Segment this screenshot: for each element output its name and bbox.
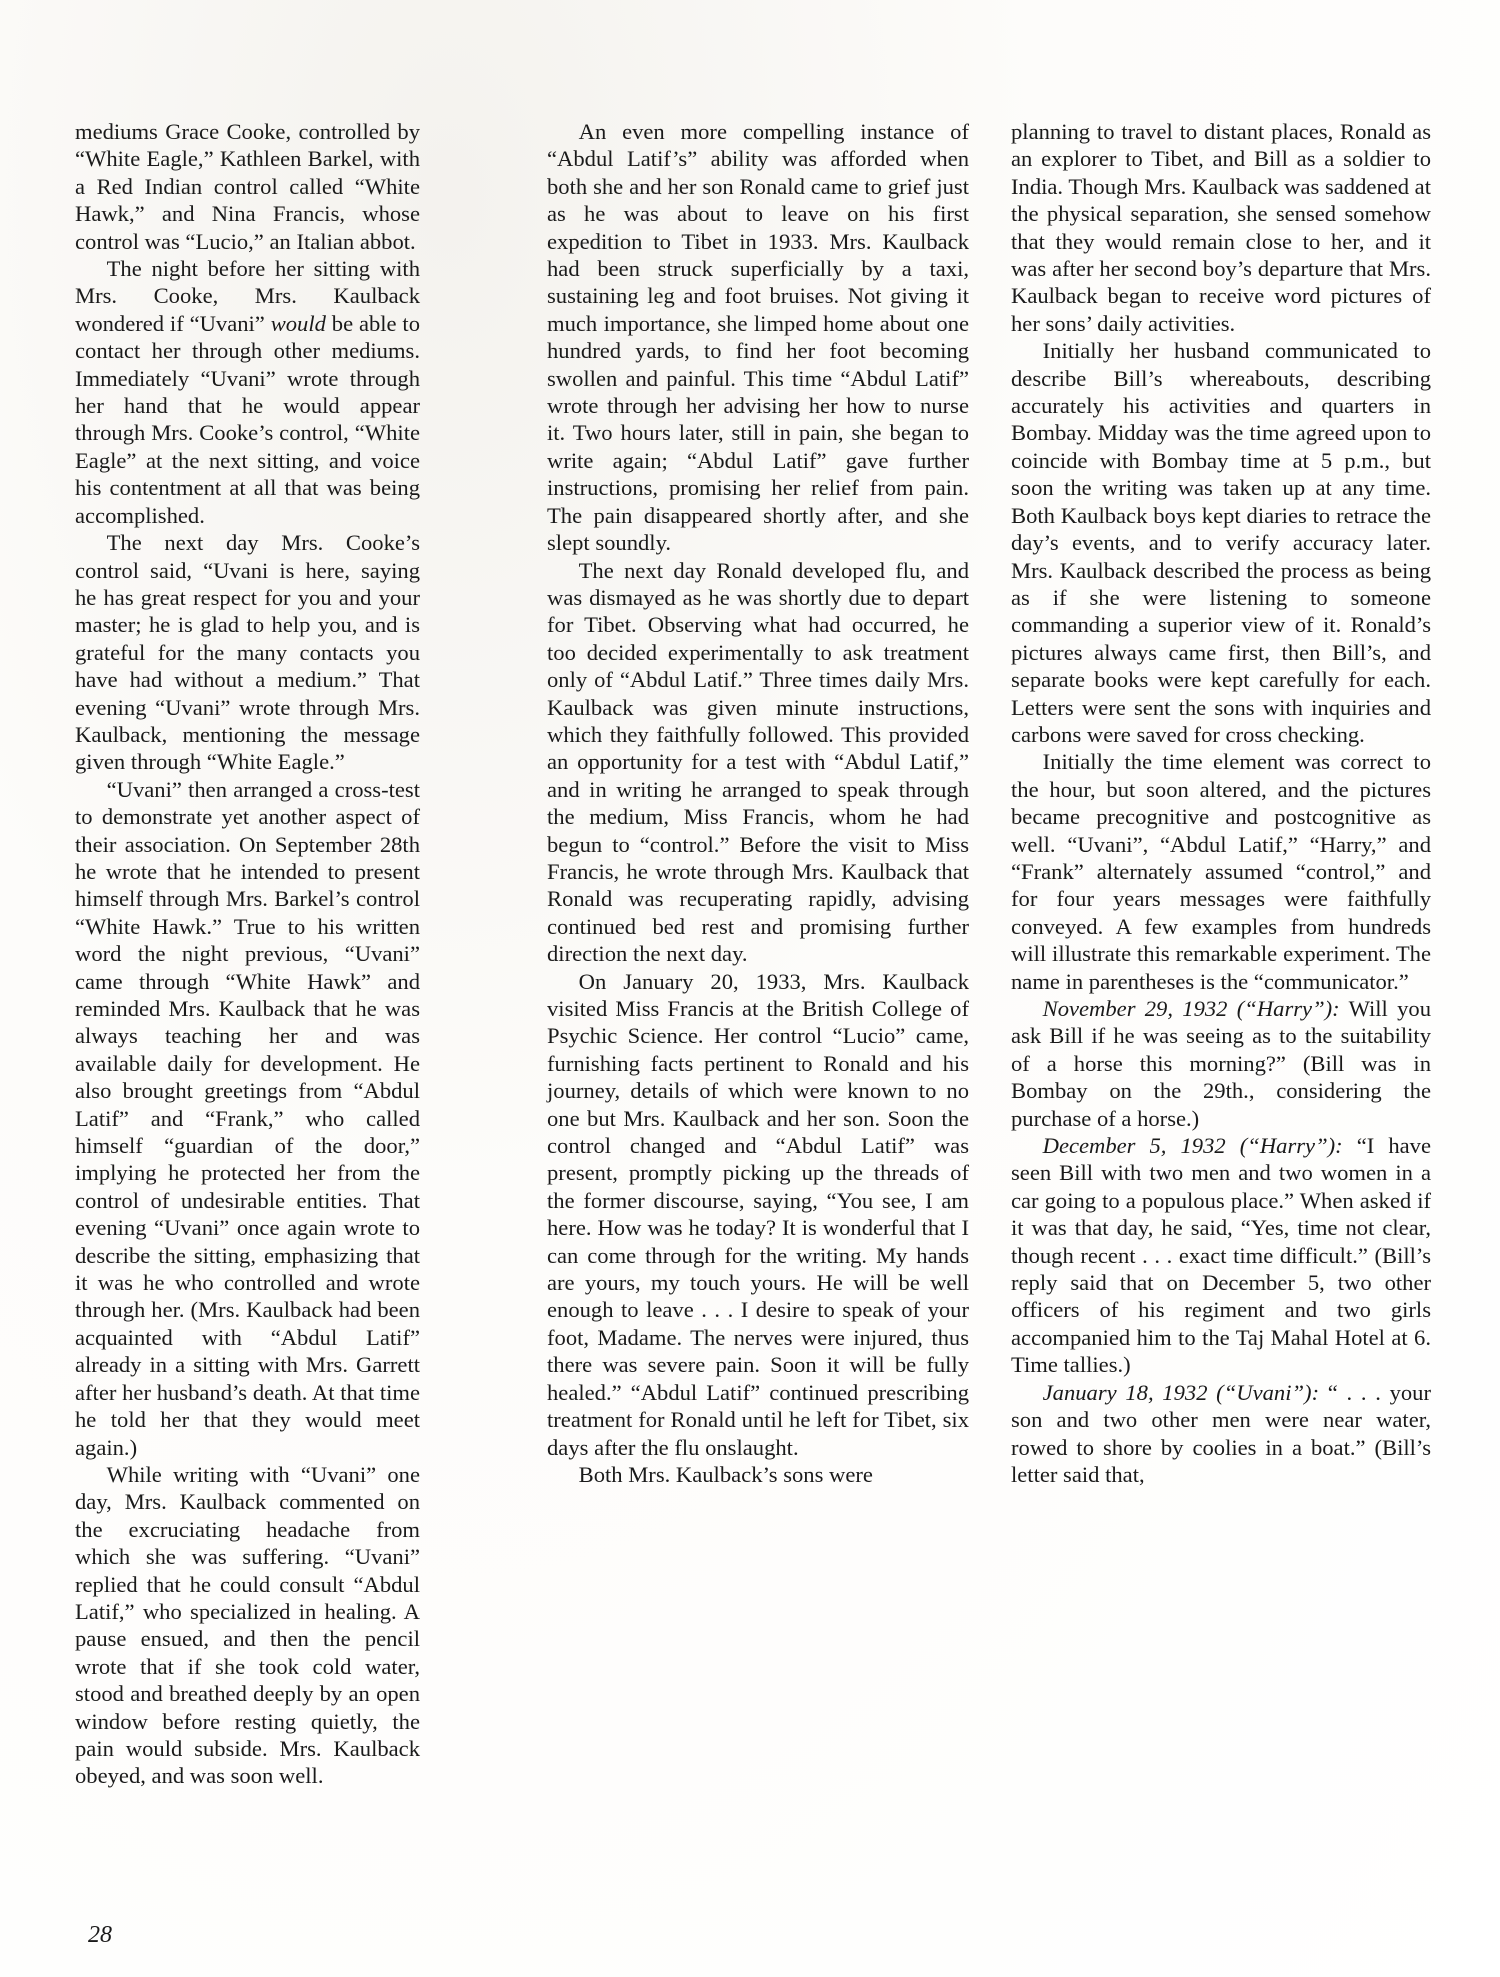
dated-entry: November 29, 1932 (“Harry”): Will you as…: [1011, 995, 1431, 1132]
paragraph: The next day Mrs. Cooke’s control said, …: [75, 529, 420, 776]
dated-entry: December 5, 1932 (“Harry”): “I have seen…: [1011, 1132, 1431, 1379]
paragraph-text: be able to contact her through other med…: [75, 311, 420, 528]
dated-entry: January 18, 1932 (“Uvani”): “ . . . your…: [1011, 1379, 1431, 1489]
paragraph: The next day Ronald developed flu, and w…: [547, 557, 969, 968]
paragraph: Initially the time element was correct t…: [1011, 748, 1431, 995]
entry-date: November 29, 1932 (“Harry”):: [1043, 996, 1340, 1021]
paragraph: mediums Grace Cooke, controlled by “Whit…: [75, 118, 420, 255]
paragraph: planning to travel to distant places, Ro…: [1011, 118, 1431, 337]
entry-date: January 18, 1932 (“Uvani”):: [1043, 1380, 1319, 1405]
document-page: mediums Grace Cooke, controlled by “Whit…: [0, 0, 1500, 1977]
text-column-middle: An even more compelling instance of “Abd…: [547, 118, 969, 1488]
emphasis-text: would: [271, 311, 326, 336]
paragraph: Initially her husband communicated to de…: [1011, 337, 1431, 748]
entry-date: December 5, 1932 (“Harry”):: [1043, 1133, 1343, 1158]
paragraph: “Uvani” then arranged a cross-test to de…: [75, 776, 420, 1461]
page-number: 28: [88, 1922, 112, 1949]
paragraph: While writing with “Uvani” one day, Mrs.…: [75, 1461, 420, 1790]
text-column-left: mediums Grace Cooke, controlled by “Whit…: [75, 118, 420, 1790]
entry-text: “I have seen Bill with two men and two w…: [1011, 1133, 1431, 1377]
paragraph: An even more compelling instance of “Abd…: [547, 118, 969, 557]
text-column-right: planning to travel to distant places, Ro…: [1011, 118, 1431, 1488]
paragraph: Both Mrs. Kaulback’s sons were: [547, 1461, 969, 1488]
paragraph: The night before her sitting with Mrs. C…: [75, 255, 420, 529]
paragraph: On January 20, 1933, Mrs. Kaulback visit…: [547, 968, 969, 1461]
